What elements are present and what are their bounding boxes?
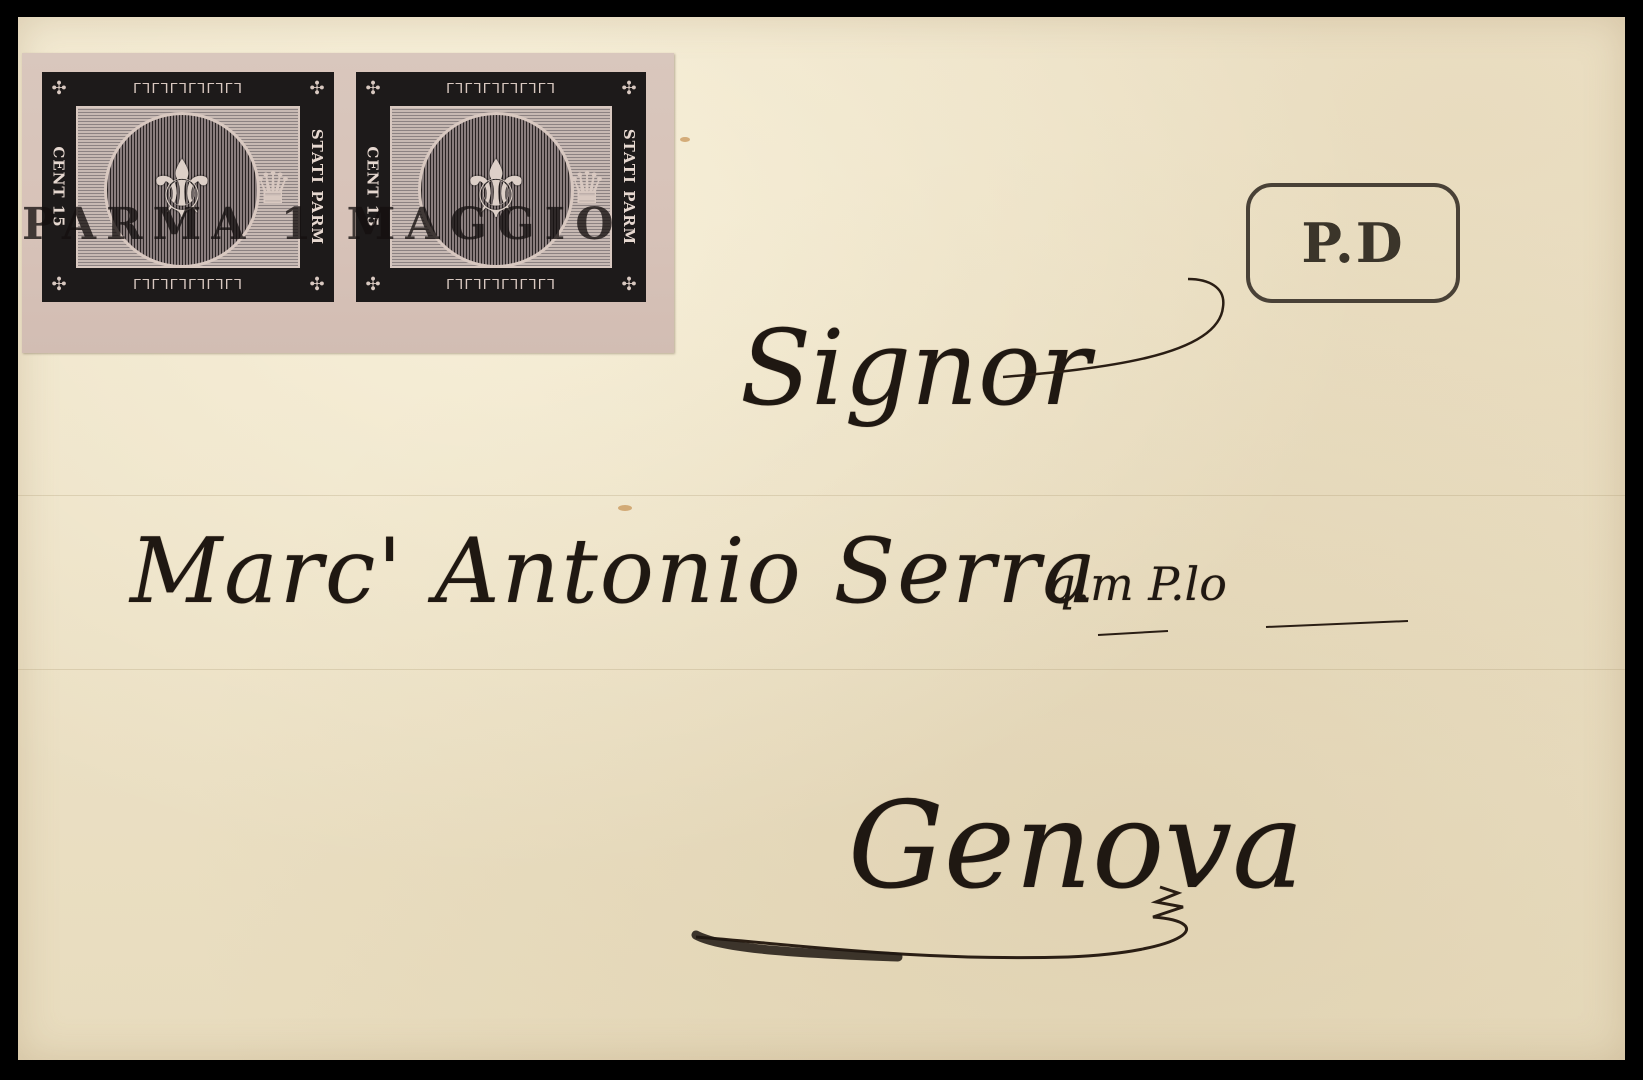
greek-key-border: ᒥᒣᒥᒣᒥᒣᒥᒣᒥᒣᒥᒣ (390, 275, 612, 295)
cover-envelope: ✣ ✣ ✣ ✣ ᒥᒣᒥᒣᒥᒣᒥᒣᒥᒣᒥᒣ ᒥᒣᒥᒣᒥᒣᒥᒣᒥᒣᒥᒣ CENT 1… (18, 17, 1625, 1060)
postage-stamp: ✣ ✣ ✣ ✣ ᒥᒣᒥᒣᒥᒣᒥᒣᒥᒣᒥᒣ ᒥᒣᒥᒣᒥᒣᒥᒣᒥᒣᒥᒣ CENT 1… (42, 72, 334, 302)
address-salutation: Signor (740, 307, 1090, 429)
address-name: Marc' Antonio Serra (130, 519, 1098, 624)
postmark-cancel: PARMA 1 MAGGIO (22, 199, 624, 250)
corner-ornament-icon: ✣ (47, 273, 71, 297)
greek-key-border: ᒥᒣᒥᒣᒥᒣᒥᒣᒥᒣᒥᒣ (390, 79, 612, 99)
fold-line (18, 495, 1625, 496)
corner-ornament-icon: ✣ (361, 273, 385, 297)
paper-stain (680, 137, 690, 142)
fold-line (18, 669, 1625, 670)
corner-ornament-icon: ✣ (305, 77, 329, 101)
corner-ornament-icon: ✣ (47, 77, 71, 101)
address-city: Genova (848, 777, 1304, 916)
pd-handstamp: P.D (1246, 183, 1460, 303)
address-suffix: q.m P.lo (1046, 557, 1227, 611)
paper-stain (618, 505, 632, 511)
corner-ornament-icon: ✣ (617, 77, 641, 101)
corner-ornament-icon: ✣ (361, 77, 385, 101)
corner-ornament-icon: ✣ (305, 273, 329, 297)
corner-ornament-icon: ✣ (617, 273, 641, 297)
postage-stamp: ✣ ✣ ✣ ✣ ᒥᒣᒥᒣᒥᒣᒥᒣᒥᒣᒥᒣ ᒥᒣᒥᒣᒥᒣᒥᒣᒥᒣᒥᒣ CENT 1… (356, 72, 646, 302)
greek-key-border: ᒥᒣᒥᒣᒥᒣᒥᒣᒥᒣᒥᒣ (76, 79, 300, 99)
stamp-paper-piece: ✣ ✣ ✣ ✣ ᒥᒣᒥᒣᒥᒣᒥᒣᒥᒣᒥᒣ ᒥᒣᒥᒣᒥᒣᒥᒣᒥᒣᒥᒣ CENT 1… (22, 53, 674, 353)
greek-key-border: ᒥᒣᒥᒣᒥᒣᒥᒣᒥᒣᒥᒣ (76, 275, 300, 295)
